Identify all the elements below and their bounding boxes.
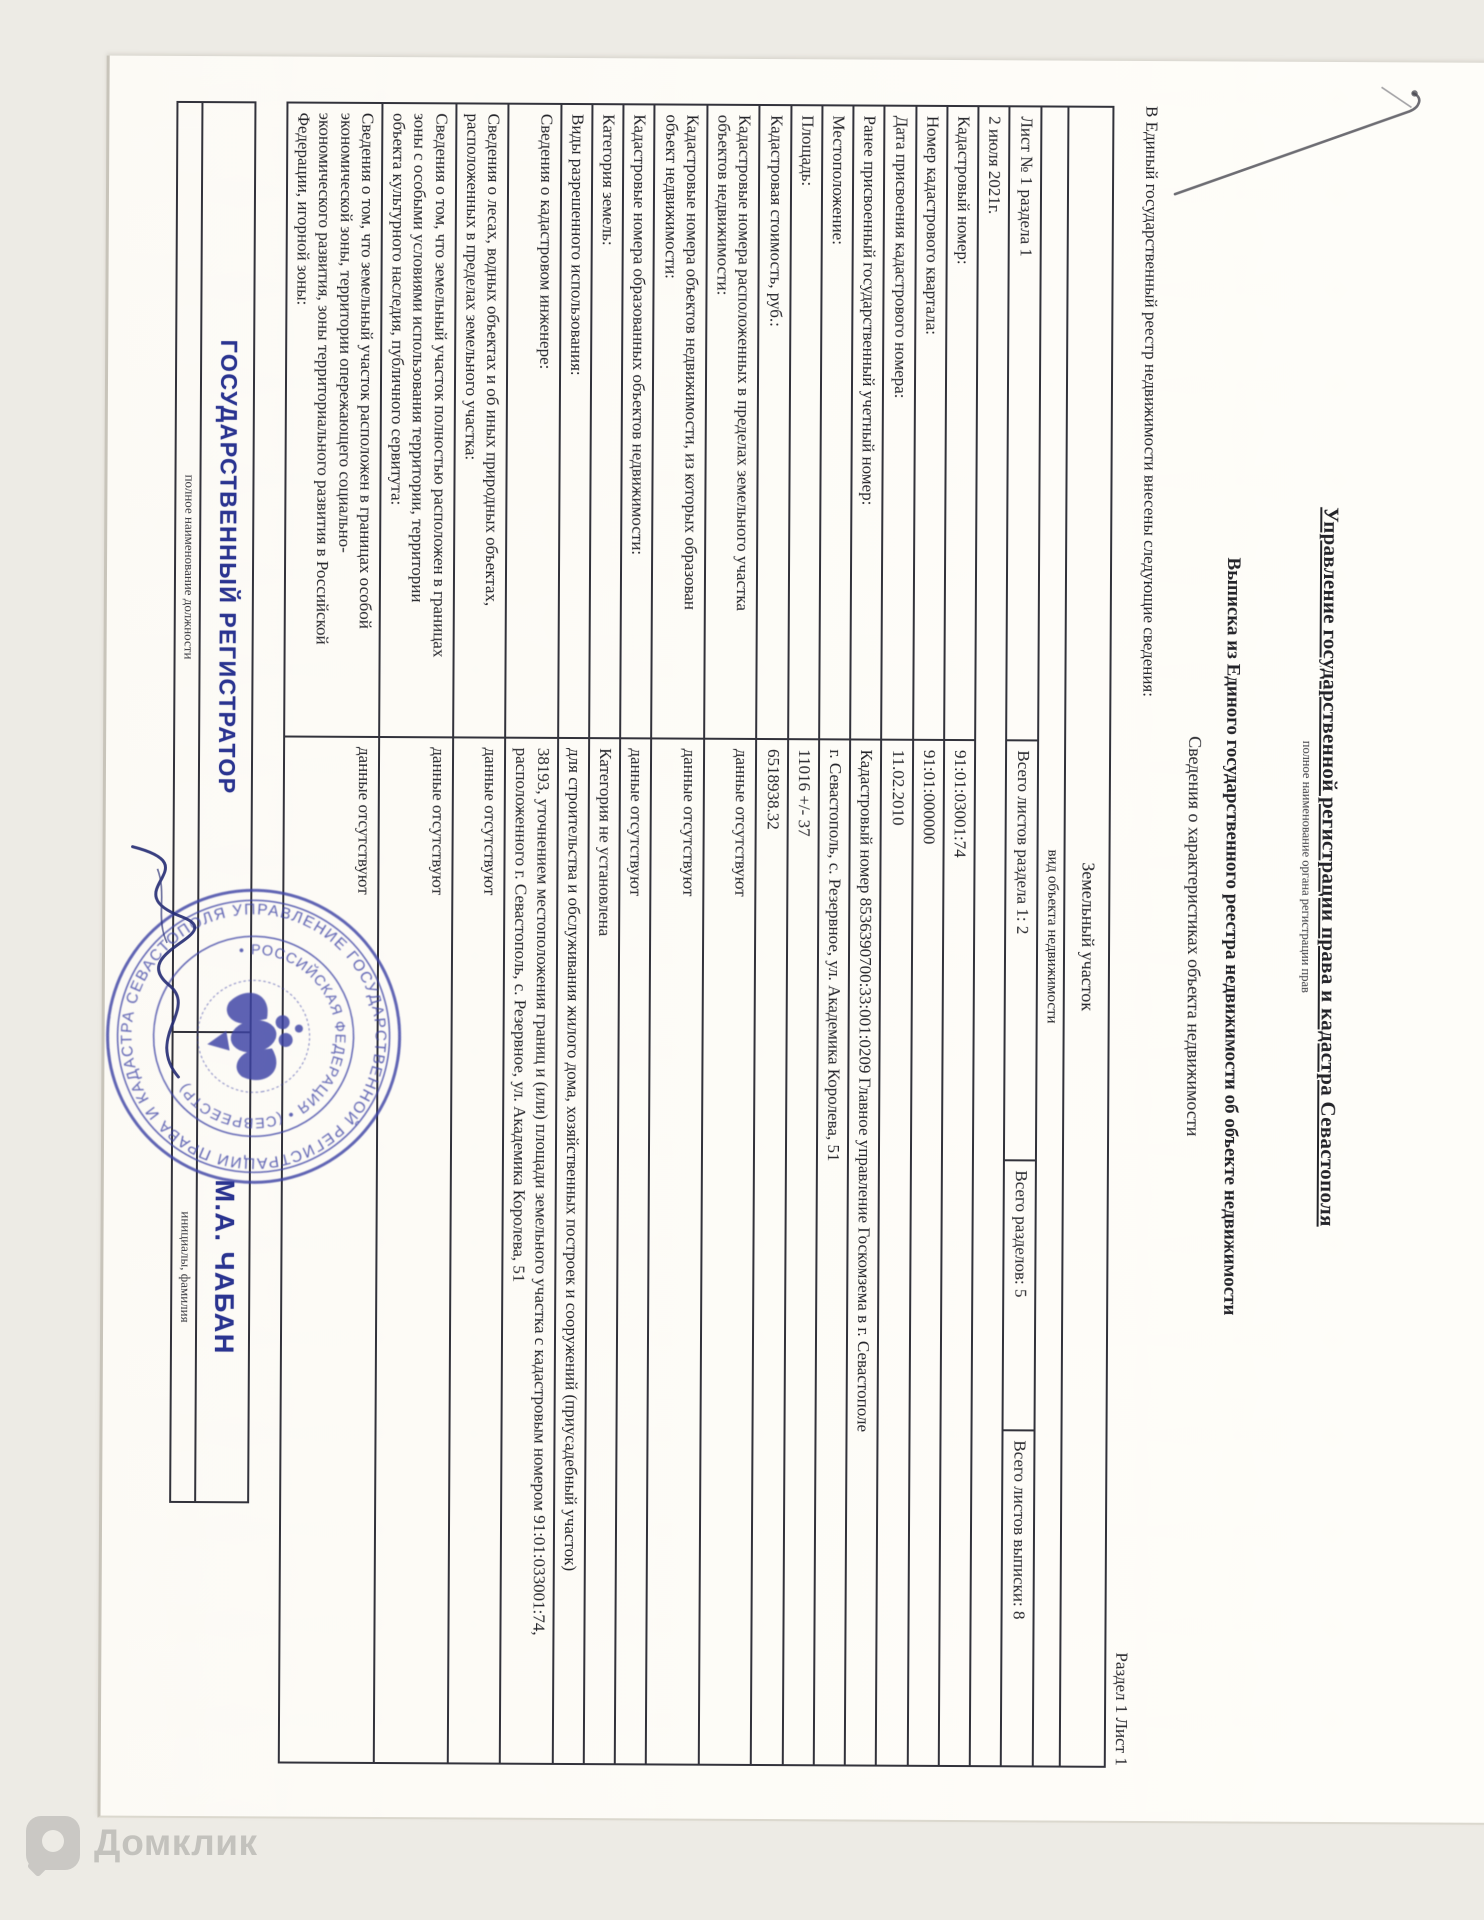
row-value: Кадастровый номер 8536390700:33:001:0209…	[852, 749, 878, 1641]
row-label: Кадастровая стоимость, руб.:	[763, 115, 787, 663]
row-label-cell: Кадастровая стоимость, руб.:	[757, 105, 792, 739]
row-value: данные отсутствуют	[622, 748, 648, 1640]
row-label: Категория земель:	[596, 114, 620, 662]
row-value: 6518938.32	[758, 749, 784, 1641]
sheet-number-cell: Лист № 1 раздела 1	[1007, 106, 1042, 740]
row-value-cell: данные отсутствуют	[615, 738, 652, 1764]
row-value-cell: данные отсутствуют	[646, 738, 704, 1764]
row-value-cell: 91:01:03001:74	[939, 740, 976, 1766]
row-label: Кадастровые номера расположенных в преде…	[711, 115, 756, 663]
domclick-logo-icon	[26, 1816, 80, 1870]
document-subtitle: Сведения о характеристиках объекта недви…	[1179, 106, 1209, 1766]
table-row: Кадастровые номера объектов недвижимости…	[646, 104, 707, 1764]
row-label-cell: Сведения о том, что земельный участок по…	[379, 103, 456, 737]
row-value: г. Севастополь, с. Резервное, ул. Академ…	[820, 749, 846, 1641]
screenshot-root: { "header": { "org_name": "Управление го…	[0, 0, 1484, 1920]
row-value: Категория не установлена	[590, 748, 616, 1640]
row-label: Ранее присвоенный государственный учетны…	[857, 116, 881, 664]
signature-block: ГОСУДАРСТВЕННЫЙ РЕГИСТРАТОР М.А. ЧАБАН п…	[169, 101, 256, 1503]
object-kind-row: Земельный участок вид объекта недвижимос…	[1033, 106, 1114, 1766]
row-label: Виды разрешенного использования:	[564, 114, 588, 662]
row-label-cell: Дата присвоения кадастрового номера:	[882, 106, 917, 740]
row-label-cell: Номер кадастрового квартала:	[913, 106, 948, 740]
total-sheets-section-cell: Всего листов раздела 1: 2	[1004, 740, 1037, 1160]
row-value: 91:01:03001:74	[945, 750, 971, 1642]
row-value: данные отсутствуют	[674, 749, 700, 1641]
characteristics-table: Земельный участок вид объекта недвижимос…	[278, 102, 1115, 1768]
row-label: Кадастровый номер:	[951, 116, 975, 664]
row-value: данные отсутствуют	[423, 747, 449, 1639]
watermark: Домклик	[26, 1816, 258, 1870]
row-value-cell: 91:01:000000	[908, 740, 945, 1766]
row-value: 11016 +/- 37	[789, 749, 815, 1641]
table-row: Сведения о лесах, водных объектах и об и…	[448, 103, 509, 1763]
table-row: Кадастровые номера расположенных в преде…	[699, 105, 760, 1765]
row-label-cell: Виды разрешенного использования:	[558, 104, 593, 738]
row-value-cell: 11.02.2010	[876, 740, 913, 1766]
row-label: Площадь:	[794, 115, 818, 663]
row-label-cell: Сведения о том, что земельный участок ра…	[284, 103, 382, 737]
row-value-cell: данные отсутствуют	[374, 737, 453, 1763]
document-title: Выписка из Единого государственного реес…	[1216, 106, 1247, 1766]
row-value: 38193, уточнением местоположения границ …	[507, 748, 554, 1640]
row-value: для строительства и обслуживания жилого …	[559, 748, 585, 1640]
row-label-cell: Кадастровые номера образованных объектов…	[620, 104, 655, 738]
row-value-cell: для строительства и обслуживания жилого …	[553, 738, 590, 1764]
row-label: Кадастровые номера образованных объектов…	[627, 114, 651, 662]
row-label: Кадастровые номера объектов недвижимости…	[658, 114, 703, 662]
table-row: Сведения о кадастровом инженере:38193, у…	[500, 104, 561, 1764]
row-label-cell: Сведения о кадастровом инженере:	[505, 104, 561, 738]
row-label: Сведения о лесах, водных объектах и об и…	[459, 113, 504, 661]
row-value-cell: 6518938.32	[751, 739, 788, 1765]
row-label: Сведения о том, что земельный участок ра…	[291, 113, 379, 661]
watermark-text: Домклик	[94, 1822, 258, 1864]
handwritten-signature	[96, 839, 227, 1090]
row-value-cell: 11016 +/- 37	[783, 739, 820, 1765]
row-value-cell: данные отсутствуют	[448, 737, 506, 1763]
row-value: данные отсутствуют	[727, 749, 753, 1641]
row-label-cell: Местоположение:	[819, 105, 854, 739]
org-name-title: Управление государственной регистрации п…	[1312, 107, 1346, 1767]
row-value-cell: данные отсутствуют	[699, 739, 757, 1765]
row-label: Сведения о том, что земельный участок по…	[386, 113, 453, 661]
row-value-cell: Категория не установлена	[584, 738, 621, 1764]
object-kind-value: Земельный участок	[1061, 108, 1112, 1766]
row-value-cell: г. Севастополь, с. Резервное, ул. Академ…	[814, 739, 851, 1765]
total-sheets-extract-cell: Всего листов выписки: 8	[1001, 1430, 1034, 1766]
row-label: Местоположение:	[826, 115, 850, 663]
row-label-cell: Площадь:	[788, 105, 823, 739]
row-value-cell: Кадастровый номер 8536390700:33:001:0209…	[845, 739, 882, 1765]
document-page: Управление государственной регистрации п…	[0, 0, 1484, 1920]
row-label-cell: Сведения о лесах, водных объектах и об и…	[453, 103, 509, 737]
row-value-cell: 38193, уточнением местоположения границ …	[500, 738, 558, 1764]
row-value: 11.02.2010	[883, 750, 909, 1642]
row-label-cell: Ранее присвоенный государственный учетны…	[850, 105, 885, 739]
row-value: данные отсутствуют	[475, 748, 501, 1640]
row-label-cell: Кадастровый номер:	[944, 106, 979, 740]
row-label-cell: Категория земель:	[589, 104, 624, 738]
row-label-cell: Кадастровые номера объектов недвижимости…	[652, 104, 708, 738]
row-label: Дата присвоения кадастрового номера:	[888, 116, 912, 664]
row-label-cell: Кадастровые номера расположенных в преде…	[704, 105, 760, 739]
row-label: Номер кадастрового квартала:	[919, 116, 943, 664]
total-sections-cell: Всего разделов: 5	[1003, 1160, 1036, 1430]
row-label: Сведения о кадастровом инженере:	[533, 114, 557, 662]
row-value: 91:01:000000	[914, 750, 940, 1642]
